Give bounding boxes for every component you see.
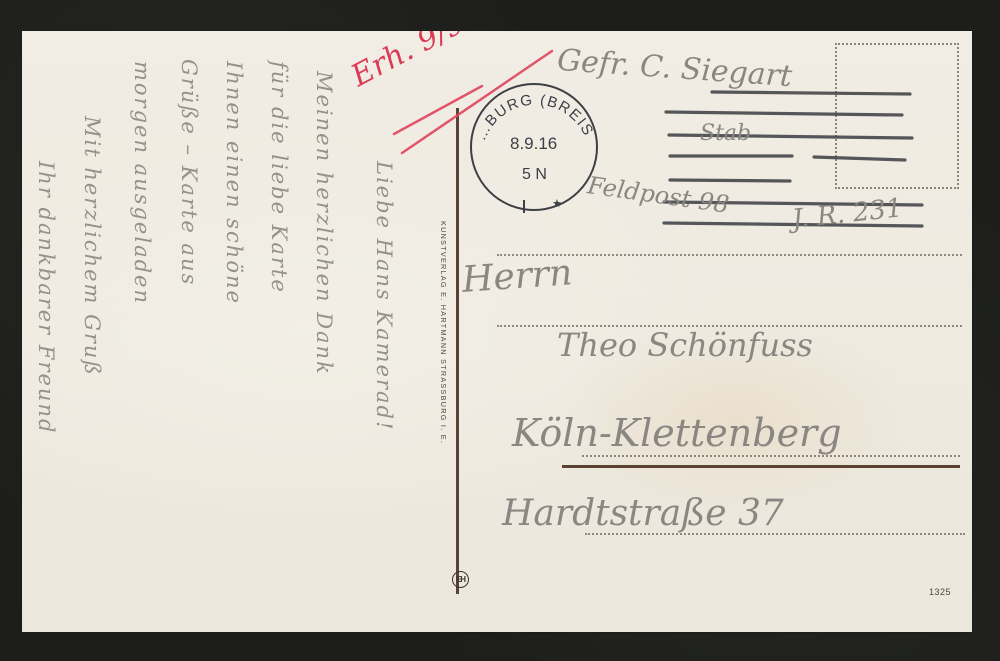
publisher-imprint: KUNSTVERLAG E. HARTMANN STRASSBURG I. E. bbox=[428, 221, 448, 521]
sender-line: Feldpost 98 bbox=[586, 171, 731, 219]
address-solid-rule bbox=[562, 465, 960, 468]
message-line: für die liebe Karte bbox=[267, 61, 291, 294]
svg-text:5 N: 5 N bbox=[522, 166, 547, 183]
address-salutation: Herrn bbox=[461, 252, 574, 301]
sender-line: Stab bbox=[700, 121, 751, 146]
message-line: Grüße – Karte aus bbox=[177, 59, 201, 286]
svg-text:8.9.16: 8.9.16 bbox=[510, 134, 557, 153]
message-line: Ihr dankbarer Freund bbox=[34, 161, 58, 434]
address-rule bbox=[582, 455, 960, 457]
svg-text:★: ★ bbox=[552, 197, 562, 210]
publisher-logo-icon: EH bbox=[452, 571, 469, 588]
postcard: Liebe Hans Kamerad! Meinen herzlichen Da… bbox=[22, 31, 972, 632]
message-line: Meinen herzlichen Dank bbox=[312, 71, 336, 376]
catalog-number: 1325 bbox=[929, 587, 951, 597]
address-name: Theo Schönfuss bbox=[557, 326, 813, 364]
address-street: Hardtstraße 37 bbox=[502, 493, 784, 534]
red-receipt-annotation: Erh. 9/9 bbox=[346, 31, 471, 94]
vertical-divider bbox=[456, 108, 459, 594]
message-line: Ihnen einen schöne bbox=[222, 61, 246, 305]
postmark-stamp: …BURG (BREISGAU) 8.9.16 5 N ★ bbox=[462, 75, 602, 215]
message-line: morgen ausgeladen bbox=[130, 61, 154, 305]
sender-line: J. R. 231 bbox=[791, 193, 904, 234]
stamp-placeholder-box bbox=[835, 43, 959, 189]
message-line: Mit herzlichem Gruß bbox=[80, 116, 104, 377]
address-city: Köln-Klettenberg bbox=[512, 411, 842, 455]
message-line: Liebe Hans Kamerad! bbox=[372, 161, 396, 431]
